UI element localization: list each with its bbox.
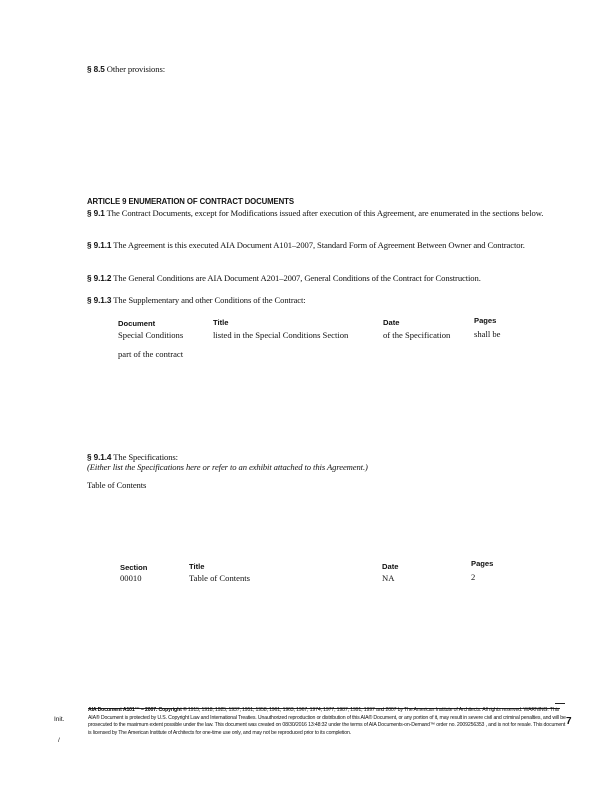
section-9-1-4-intro: Table of Contents (87, 479, 146, 491)
table-cell: shall be (474, 329, 501, 339)
column-header-pages: Pages (471, 559, 493, 568)
section-number: § 9.1 (87, 209, 105, 218)
section-text: The General Conditions are AIA Document … (111, 273, 480, 283)
section-9-1-4-instruction: (Either list the Specifications here or … (87, 461, 368, 473)
section-9-1-3: § 9.1.3 The Supplementary and other Cond… (87, 294, 306, 307)
table-cell: 2 (471, 572, 475, 582)
column-header-title: Title (213, 318, 228, 327)
article-9-heading: ARTICLE 9 ENUMERATION OF CONTRACT DOCUME… (87, 197, 294, 206)
table-cell: Special Conditions (118, 330, 183, 340)
copyright-notice: AIA Document A101™ – 2007. Copyright © 1… (88, 707, 566, 737)
table-cell: listed in the Special Conditions Section (213, 330, 348, 340)
table-cell: Table of Contents (189, 573, 250, 583)
section-text: Other provisions: (105, 64, 165, 74)
column-header-date: Date (382, 562, 398, 571)
table-cell: NA (382, 573, 394, 583)
column-header-section: Section (120, 563, 147, 572)
column-header-pages: Pages (474, 316, 496, 325)
section-8-5: § 8.5 Other provisions: (87, 63, 165, 76)
table-cell: 00010 (120, 573, 141, 583)
column-header-document: Document (118, 319, 155, 328)
section-text: The Contract Documents, except for Modif… (105, 208, 544, 218)
section-text: The Agreement is this executed AIA Docum… (111, 240, 524, 250)
section-number: § 9.1.1 (87, 241, 111, 250)
column-header-title: Title (189, 562, 204, 571)
footer-rule-tick (555, 703, 565, 704)
initials-label: Init. (54, 716, 64, 723)
section-number: § 8.5 (87, 65, 105, 74)
section-9-1: § 9.1 The Contract Documents, except for… (87, 207, 552, 220)
column-header-date: Date (383, 318, 399, 327)
document-title: AIA Document A101™ – 2007. Copyright © (88, 707, 187, 713)
table-cell: part of the contract (118, 349, 183, 359)
section-number: § 9.1.2 (87, 274, 111, 283)
page-number: 7 (566, 716, 572, 727)
table-cell: of the Specification (383, 330, 450, 340)
section-number: § 9.1.3 (87, 296, 111, 305)
initials-mark: / (58, 737, 60, 744)
section-9-1-2: § 9.1.2 The General Conditions are AIA D… (87, 272, 481, 285)
section-9-1-1: § 9.1.1 The Agreement is this executed A… (87, 239, 552, 252)
section-text: The Supplementary and other Conditions o… (111, 295, 305, 305)
